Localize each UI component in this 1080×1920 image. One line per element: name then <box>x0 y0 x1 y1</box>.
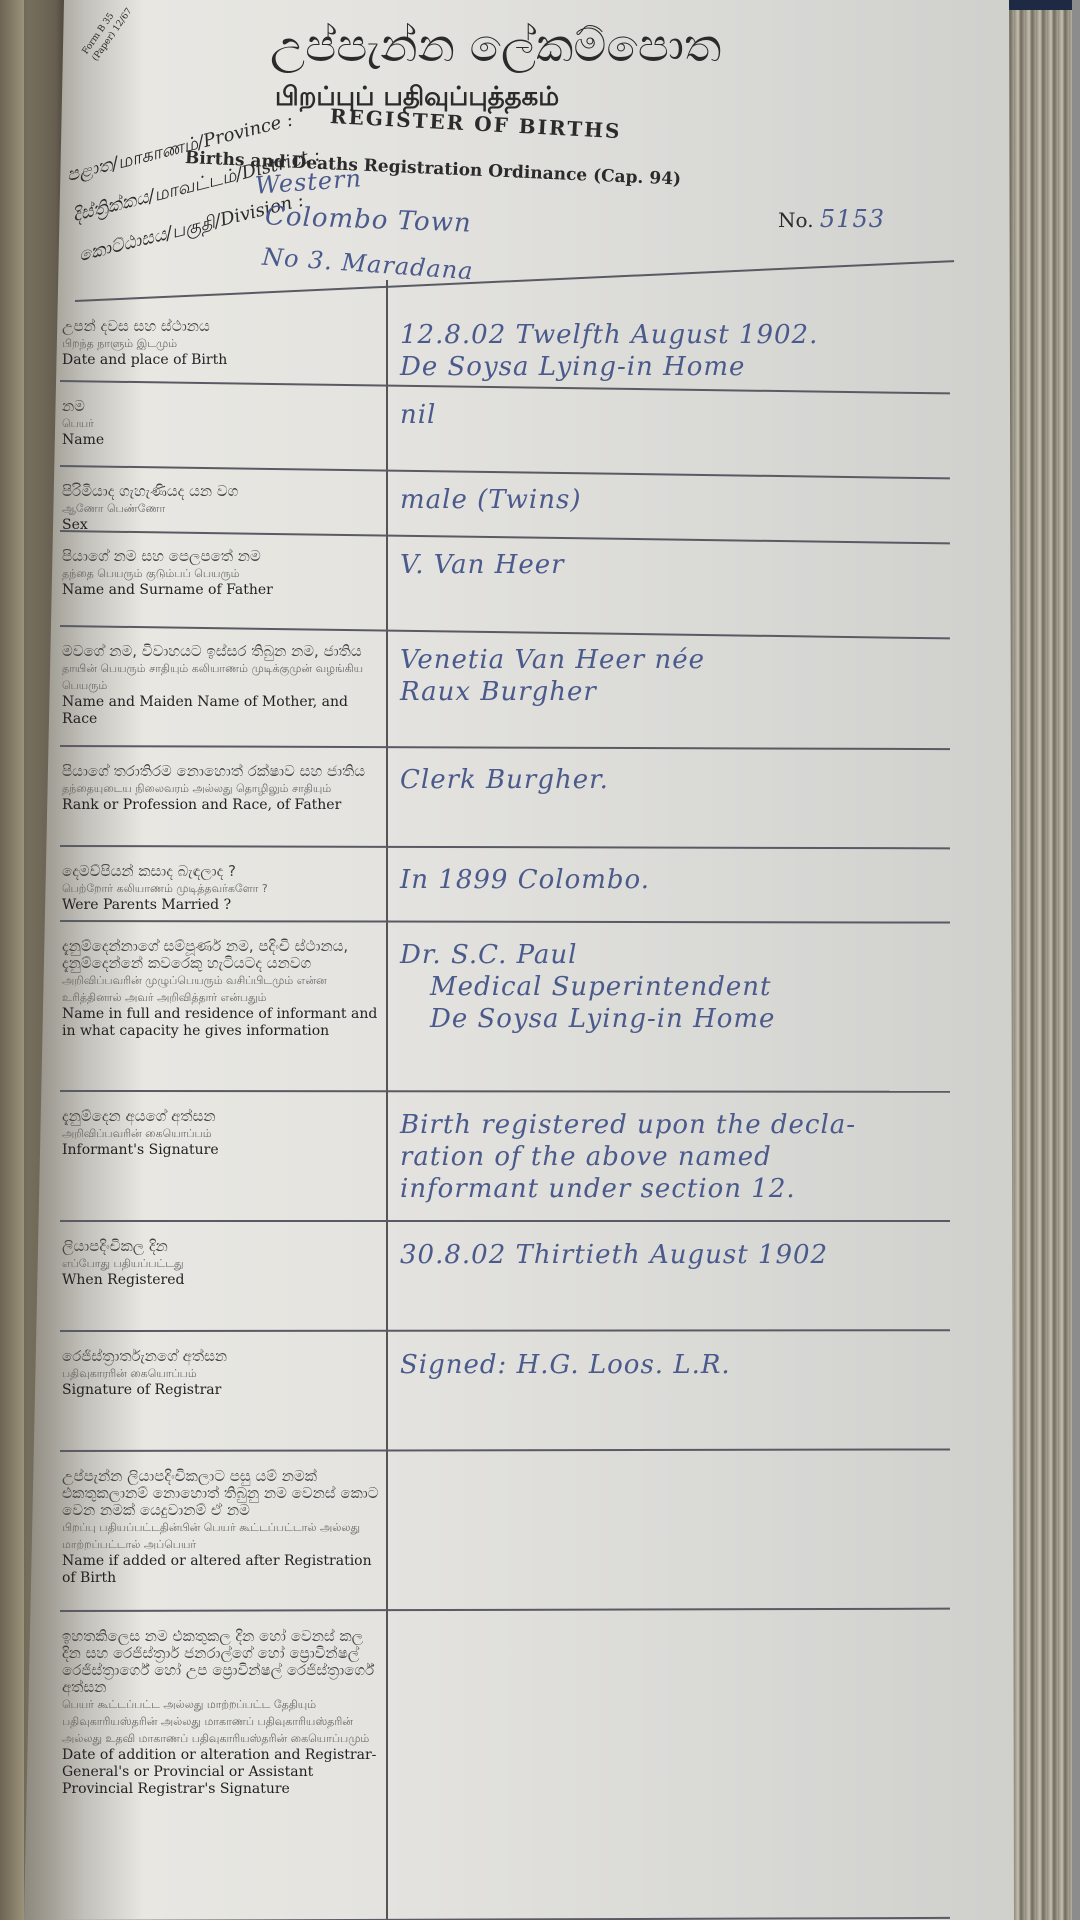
field-label-sinhala: පිරිමියාද ගැහැණියද යන වග <box>62 483 382 500</box>
number-value: 5153 <box>820 205 885 233</box>
field-label-tamil: தாயின் பெயரும் சாதியும் கலியாணம் முடிக்க… <box>62 660 382 694</box>
field-label-sinhala: උපන් දවස සහ ස්ථානය <box>62 318 382 335</box>
field-label-english: Signature of Registrar <box>62 1382 382 1399</box>
column-divider <box>386 280 388 1920</box>
field-label: උප්පැන්න ලියාපදිංචිකලාට පසු යම් නමක් එකත… <box>62 1468 382 1587</box>
field-label-tamil: பெற்றோர் கலியாணம் முடித்தவர்களோ ? <box>62 880 382 897</box>
field-label-sinhala: රෙජිස්ත්‍රාර්තැනගේ අත්සන <box>62 1348 382 1365</box>
field-label: මවගේ නම, විවාහයට ඉස්සර තිබුන නම, ජාතියதா… <box>62 643 382 728</box>
field-label: දැනුම්දෙන්නාගේ සම්පූර්ණ නම, පදිංචි ස්ථාන… <box>62 938 382 1040</box>
field-value: Medical Superintendent <box>430 972 772 1002</box>
field-label-sinhala: උප්පැන්න ලියාපදිංචිකලාට පසු යම් නමක් එකත… <box>62 1468 382 1519</box>
field-label-sinhala: පියාගේ තරාතිරම නොහොත් රක්ෂාව සහ ජාතිය <box>62 763 382 780</box>
field-value: De Soysa Lying-in Home <box>400 352 745 382</box>
field-label-tamil: பிறந்த நாளும் இடமும் <box>62 335 382 352</box>
field-label-english: Date of addition or alteration and Regis… <box>62 1747 382 1798</box>
field-value: In 1899 Colombo. <box>400 865 650 895</box>
field-label-tamil: தந்தை பெயரும் குடும்பப் பெயரும் <box>62 565 382 582</box>
field-label-english: Were Parents Married ? <box>62 897 382 914</box>
field-label-tamil: பெயர் கூட்டப்பட்ட அல்லது மாற்றப்பட்ட தேத… <box>62 1696 382 1747</box>
field-value: Clerk Burgher. <box>400 765 609 795</box>
field-label-sinhala: දෙමව්පියන් කසාද බැඳලාද ? <box>62 863 382 880</box>
row-divider <box>60 1220 950 1222</box>
field-label: පිරිමියාද ගැහැණියද යන වගஆணோ பெண்ணோSex <box>62 483 382 534</box>
field-label-english: When Registered <box>62 1272 382 1289</box>
field-label-english: Name and Maiden Name of Mother, and Race <box>62 694 382 728</box>
field-label: දැනුම්දෙන අයගේ අත්සනஅறிவிப்பவரின் கையொப்… <box>62 1108 382 1159</box>
field-label-sinhala: දැනුම්දෙන්නාගේ සම්පූර්ණ නම, පදිංචි ස්ථාන… <box>62 938 382 972</box>
field-value: 30.8.02 Thirtieth August 1902 <box>400 1240 828 1270</box>
number-label: No. <box>778 208 814 232</box>
field-label: ලියාපදිංචිකල දිනஎப்போது பதியப்பட்டதுWhen… <box>62 1238 382 1289</box>
title-sinhala: උප්පැන්න ලේකම්පොත <box>270 18 721 74</box>
field-value: nil <box>400 400 436 430</box>
field-label: පියාගේ නම සහ පෙලපතේ නමதந்தை பெயரும் குடு… <box>62 548 382 599</box>
field-value: Signed: H.G. Loos. L.R. <box>400 1350 731 1380</box>
field-value: Dr. S.C. Paul <box>400 940 577 970</box>
field-label-tamil: ஆணோ பெண்ணோ <box>62 500 382 517</box>
field-label-english: Rank or Profession and Race, of Father <box>62 797 382 814</box>
field-label-english: Name if added or altered after Registrat… <box>62 1553 382 1587</box>
field-label-sinhala: පියාගේ නම සහ පෙලපතේ නම <box>62 548 382 565</box>
field-label-tamil: அறிவிப்பவரின் கையொப்பம் <box>62 1125 382 1142</box>
field-label-english: Date and place of Birth <box>62 352 382 369</box>
photo-border <box>1072 0 1080 1920</box>
field-label-sinhala: ඉහතකිලෙස නම එකතුකල දින හෝ වෙනස් කල දින ස… <box>62 1628 382 1696</box>
field-label: ඉහතකිලෙස නම එකතුකල දින හෝ වෙනස් කල දින ස… <box>62 1628 382 1798</box>
field-label: දෙමව්පියන් කසාද බැඳලාද ?பெற்றோர் கலியாணம… <box>62 863 382 914</box>
field-value: V. Van Heer <box>400 550 565 580</box>
field-label-tamil: பெயர் <box>62 415 382 432</box>
field-label-english: Informant's Signature <box>62 1142 382 1159</box>
field-label-tamil: தந்தையுடைய நிலைவரம் அல்லது தொழிலும் சாதி… <box>62 780 382 797</box>
field-value: Venetia Van Heer née <box>400 645 705 675</box>
field-value: 12.8.02 Twelfth August 1902. <box>400 320 818 350</box>
field-label-tamil: பதிவுகாரரின் கையொப்பம் <box>62 1365 382 1382</box>
field-label-english: Name <box>62 432 382 449</box>
field-label-sinhala: නම <box>62 398 382 415</box>
field-value: De Soysa Lying-in Home <box>430 1004 775 1034</box>
field-label-sinhala: ලියාපදිංචිකල දින <box>62 1238 382 1255</box>
field-value: informant under section 12. <box>400 1174 796 1204</box>
field-label-tamil: எப்போது பதியப்பட்டது <box>62 1255 382 1272</box>
entry-number: No. 5153 <box>778 205 885 233</box>
field-label-tamil: அறிவிப்பவரின் முழுப்பெயரும் வசிப்பிடமும்… <box>62 972 382 1006</box>
field-label: නමபெயர்Name <box>62 398 382 449</box>
field-label-sinhala: මවගේ නම, විවාහයට ඉස්සර තිබුන නම, ජාතිය <box>62 643 382 660</box>
field-value: ration of the above named <box>400 1142 772 1172</box>
field-value: Raux Burgher <box>400 677 597 707</box>
field-value: Birth registered upon the decla- <box>400 1110 856 1140</box>
field-label-english: Name and Surname of Father <box>62 582 382 599</box>
field-label-tamil: பிறப்பு பதியப்பட்டதின்பின் பெயர் கூட்டப்… <box>62 1519 382 1553</box>
field-value: male (Twins) <box>400 485 581 515</box>
field-label: පියාගේ තරාතිරම නොහොත් රක්ෂාව සහ ජාතියதந்… <box>62 763 382 814</box>
field-label-english: Name in full and residence of informant … <box>62 1006 382 1040</box>
field-label-sinhala: දැනුම්දෙන අයගේ අත්සන <box>62 1108 382 1125</box>
field-label: උපන් දවස සහ ස්ථානයபிறந்த நாளும் இடமும்Da… <box>62 318 382 369</box>
field-label: රෙජිස්ත්‍රාර්තැනගේ අත්සනபதிவுகாரரின் கைய… <box>62 1348 382 1399</box>
